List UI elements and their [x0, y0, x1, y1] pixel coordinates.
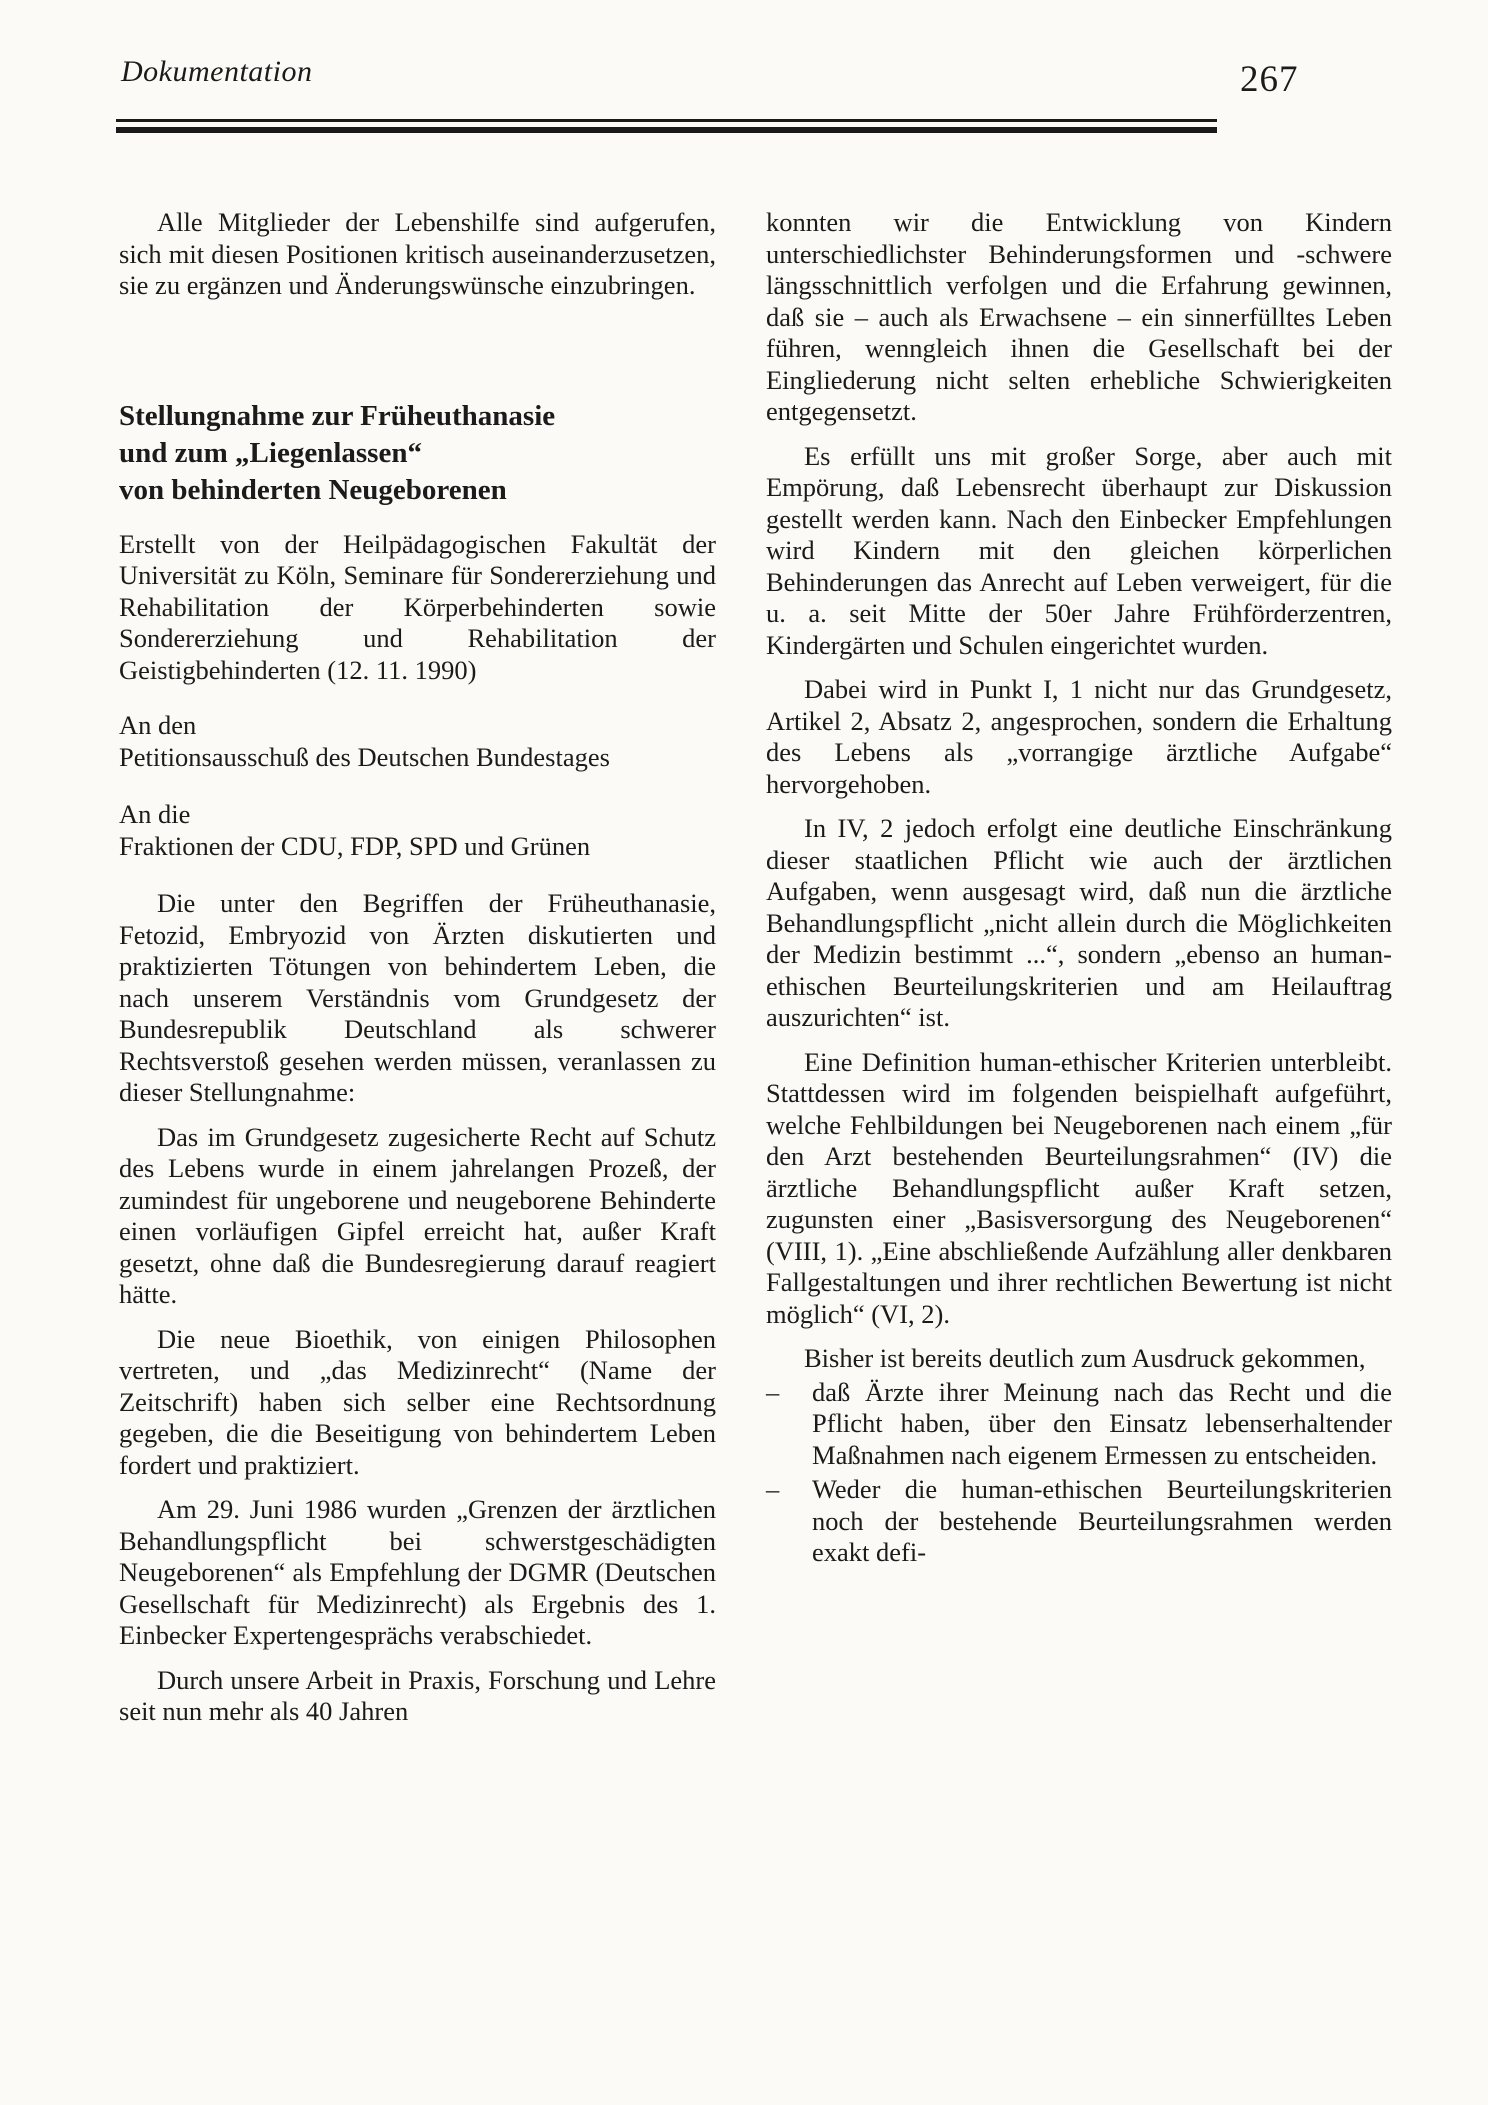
statement-heading-line: von behinderten Neugeborenen — [119, 472, 716, 509]
body-paragraph: Bisher ist bereits deutlich zum Ausdruck… — [766, 1343, 1392, 1375]
body-paragraph: Am 29. Juni 1986 wurden „Grenzen der ärz… — [119, 1494, 716, 1652]
continuation-paragraph: konnten wir die Entwicklung von Kindern … — [766, 207, 1392, 428]
address-petitionsausschuss: An den Petitionsausschuß des Deutschen B… — [119, 710, 716, 773]
body-paragraph: Die neue Bioethik, von einigen Philosoph… — [119, 1324, 716, 1482]
body-paragraph: Durch unsere Arbeit in Praxis, Forschung… — [119, 1665, 716, 1728]
dash-bullet-marker: – — [766, 1474, 812, 1569]
source-paragraph: Erstellt von der Heilpädagogischen Fakul… — [119, 529, 716, 687]
address-body: Fraktionen der CDU, FDP, SPD und Grünen — [119, 831, 716, 863]
address-salutation: An die — [119, 799, 716, 831]
body-paragraph: Dabei wird in Punkt I, 1 nicht nur das G… — [766, 674, 1392, 800]
document-page: Dokumentation 267 Alle Mitglieder der Le… — [0, 0, 1488, 2105]
statement-heading: Stellungnahme zur Früheuthanasie und zum… — [119, 398, 716, 509]
header-double-rule — [116, 119, 1217, 133]
address-fraktionen: An die Fraktionen der CDU, FDP, SPD und … — [119, 799, 716, 862]
statement-heading-line: Stellungnahme zur Früheuthanasie — [119, 398, 716, 435]
address-body: Petitionsausschuß des Deutschen Bundesta… — [119, 742, 716, 774]
body-paragraph: Es erfüllt uns mit großer Sorge, aber au… — [766, 441, 1392, 662]
body-paragraph: Die unter den Begriffen der Früheuthanas… — [119, 888, 716, 1109]
intro-paragraph: Alle Mitglieder der Lebenshilfe sind auf… — [119, 207, 716, 302]
column-right: konnten wir die Entwicklung von Kindern … — [766, 207, 1392, 1572]
statement-heading-line: und zum „Liegenlassen“ — [119, 435, 716, 472]
body-paragraph: Eine Definition human-ethischer Kriterie… — [766, 1047, 1392, 1331]
running-head-section-title: Dokumentation — [121, 55, 312, 89]
page-number: 267 — [1240, 58, 1299, 101]
address-salutation: An den — [119, 710, 716, 742]
list-item-text: daß Ärzte ihrer Meinung nach das Recht u… — [812, 1377, 1392, 1472]
list-item-text: Weder die human-ethischen Beurteilungskr… — [812, 1474, 1392, 1569]
list-item: – Weder die human-ethischen Beurteilungs… — [766, 1474, 1392, 1569]
body-paragraph: Das im Grundgesetz zugesicherte Recht au… — [119, 1122, 716, 1311]
list-item: – daß Ärzte ihrer Meinung nach das Recht… — [766, 1377, 1392, 1472]
dash-bullet-marker: – — [766, 1377, 812, 1472]
body-paragraph: In IV, 2 jedoch erfolgt eine deutliche E… — [766, 813, 1392, 1034]
column-left: Alle Mitglieder der Lebenshilfe sind auf… — [119, 207, 716, 1741]
